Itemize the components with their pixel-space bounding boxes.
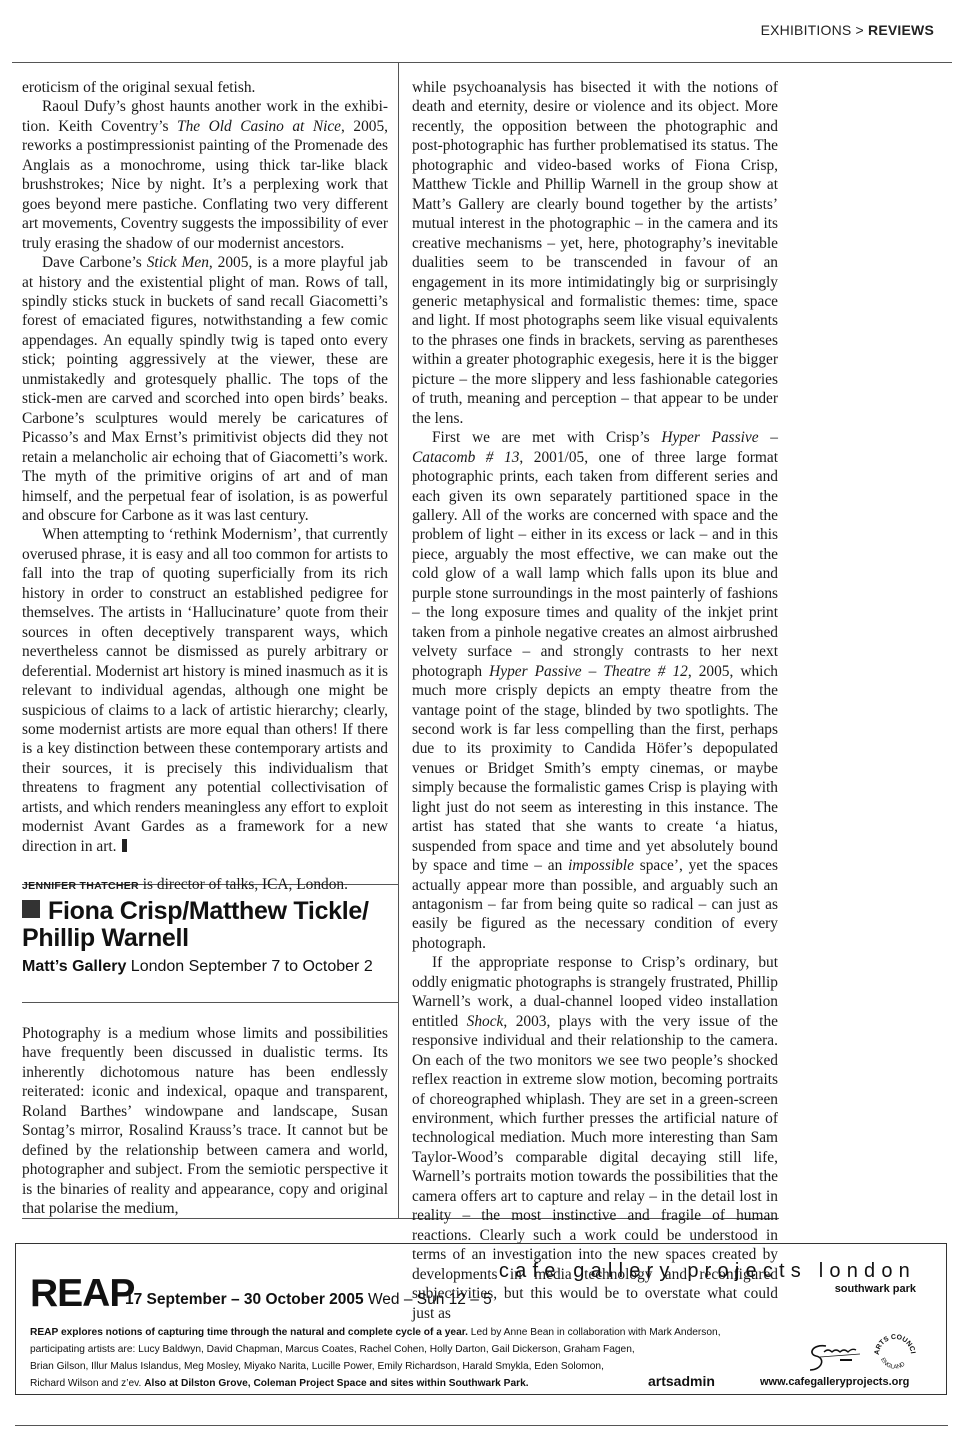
arts-council-england-logo: ARTS COUNCIL ENGLAND	[871, 1329, 919, 1377]
artsadmin-logo: artsadmin	[648, 1373, 715, 1389]
arts-council-logo-icon: ARTS COUNCIL ENGLAND	[871, 1329, 919, 1377]
column-divider	[398, 62, 399, 1218]
article-paragraph: When attempting to ‘rethink Modernism’, …	[22, 525, 388, 856]
top-rule	[12, 62, 952, 63]
venue-details: London September 7 to October 2	[126, 958, 372, 975]
author-name: JENNIFER THATCHER	[22, 880, 139, 892]
article-paragraph: Raoul Dufy’s ghost haunts another work i…	[22, 97, 388, 253]
right-column-article: while psychoanalysis has bisected it wit…	[412, 78, 778, 1323]
section-label: EXHIBITIONS	[761, 22, 852, 38]
ad-line: REAP explores notions of capturing time …	[30, 1324, 721, 1341]
review-venue: Matt’s Gallery London September 7 to Oct…	[22, 958, 392, 976]
review-heading: Fiona Crisp/Matthew Tickle/ Phillip Warn…	[22, 898, 392, 976]
review-title: Fiona Crisp/Matthew Tickle/ Phillip Warn…	[22, 898, 392, 952]
article-paragraph: eroticism of the original sexual fetish.	[22, 78, 388, 97]
subsection-label: REVIEWS	[868, 22, 934, 38]
venue-name: Matt’s Gallery	[22, 958, 126, 975]
ad-title: REAP	[30, 1274, 134, 1314]
page-bottom-rule	[15, 1425, 948, 1426]
ad-venue-sub: southwark park	[835, 1283, 916, 1295]
southwark-council-logo	[806, 1340, 862, 1374]
southwark-logo-icon	[806, 1340, 862, 1374]
ad-line: Brian Gilson, Illur Malus Islandus, Meg …	[30, 1358, 721, 1375]
end-of-article-mark-icon	[122, 839, 127, 852]
article-paragraph: First we are met with Crisp’s Hyper Pass…	[412, 428, 778, 953]
article-paragraph: while psychoanalysis has bisected it wit…	[412, 78, 778, 428]
author-note: JENNIFER THATCHER is director of talks, …	[22, 875, 388, 896]
svg-text:ARTS COUNCIL: ARTS COUNCIL	[871, 1329, 916, 1355]
intro-paragraph: Photography is a medium whose limits and…	[22, 1024, 388, 1219]
ad-line: participating artists are: Lucy Baldwyn,…	[30, 1341, 721, 1358]
svg-text:ENGLAND: ENGLAND	[879, 1357, 907, 1371]
ad-body: REAP explores notions of capturing time …	[30, 1324, 721, 1392]
ad-website-link[interactable]: www.cafegalleryprojects.org	[760, 1376, 909, 1388]
ad-venue: cafe gallery projects london	[499, 1260, 916, 1283]
ad-dates: 17 September – 30 October 2005 Wed – Sun…	[125, 1291, 492, 1309]
reap-advertisement: REAP 17 September – 30 October 2005 Wed …	[15, 1243, 947, 1395]
article-paragraph: Dave Carbone’s Stick Men, 2005, is a mor…	[22, 253, 388, 525]
review-head-bottom-rule	[22, 1002, 398, 1003]
ad-line: Richard Wilson and z’ev. Also at Dilston…	[30, 1375, 721, 1392]
left-column-article: eroticism of the original sexual fetish.…	[22, 78, 388, 897]
running-head: EXHIBITIONS > REVIEWS	[761, 22, 934, 38]
review-intro: Photography is a medium whose limits and…	[22, 1024, 388, 1219]
breadcrumb-separator: >	[856, 22, 864, 38]
square-bullet-icon	[22, 900, 40, 918]
